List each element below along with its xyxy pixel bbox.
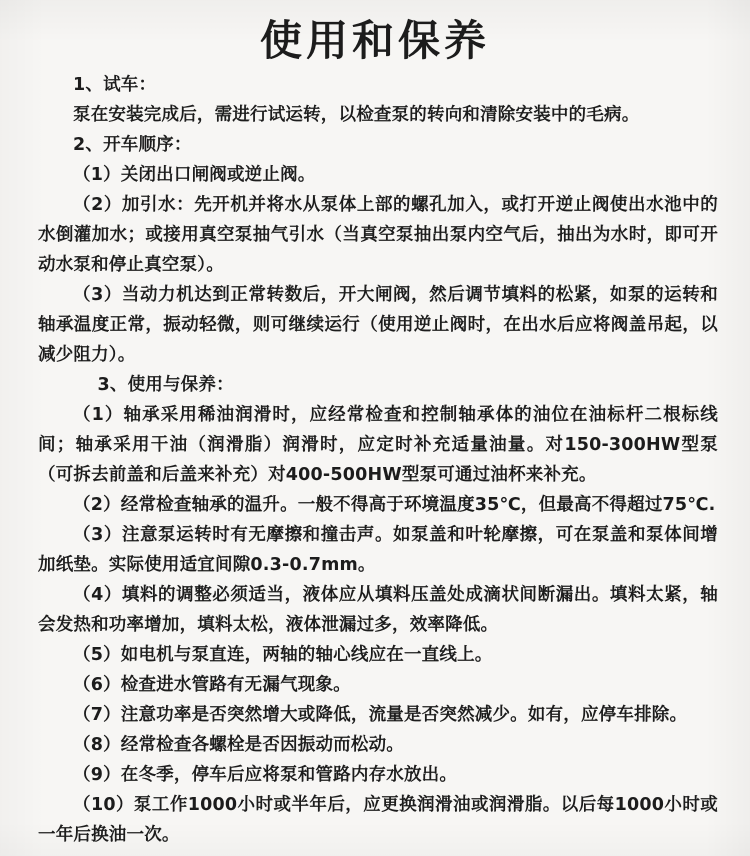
paragraph: 1、试车： bbox=[38, 70, 718, 100]
paragraph: （4）填料的调整必须适当，液体应从填料压盖处成滴状间断漏出。填料太紧，轴会发热和… bbox=[38, 580, 718, 640]
paragraph: 3、使用与保养： bbox=[38, 370, 718, 400]
paragraph: （8）经常检查各螺栓是否因振动而松动。 bbox=[38, 730, 718, 760]
paragraph: 2、开车顺序： bbox=[38, 130, 718, 160]
paragraph: （9）在冬季，停车后应将泵和管路内存水放出。 bbox=[38, 760, 718, 790]
paragraph: （2）加引水：先开机并将水从泵体上部的螺孔加入，或打开逆止阀使出水池中的水倒灌加… bbox=[38, 190, 718, 280]
paragraph: （1）关闭出口闸阀或逆止阀。 bbox=[38, 160, 718, 190]
scanned-document-page: 使用和保养 1、试车：泵在安装完成后，需进行试运转，以检查泵的转向和清除安装中的… bbox=[0, 0, 750, 856]
paragraph: （7）注意功率是否突然增大或降低，流量是否突然减少。如有，应停车排除。 bbox=[38, 700, 718, 730]
paragraph: （2）经常检查轴承的温升。一般不得高于环境温度35℃，但最高不得超过75℃. bbox=[38, 490, 718, 520]
document-body: 1、试车：泵在安装完成后，需进行试运转，以检查泵的转向和清除安装中的毛病。2、开… bbox=[38, 70, 718, 850]
page-title: 使用和保养 bbox=[0, 0, 750, 70]
paragraph: （5）如电机与泵直连，两轴的轴心线应在一直线上。 bbox=[38, 640, 718, 670]
paragraph: （3）注意泵运转时有无摩擦和撞击声。如泵盖和叶轮摩擦，可在泵盖和泵体间增加纸垫。… bbox=[38, 520, 718, 580]
paragraph: （1）轴承采用稀油润滑时，应经常检查和控制轴承体的油位在油标杆二根标线间；轴承采… bbox=[38, 400, 718, 490]
paragraph: （3）当动力机达到正常转数后，开大闸阀，然后调节填料的松紧，如泵的运转和轴承温度… bbox=[38, 280, 718, 370]
paragraph: （6）检查进水管路有无漏气现象。 bbox=[38, 670, 718, 700]
paragraph: （10）泵工作1000小时或半年后，应更换润滑油或润滑脂。以后每1000小时或一… bbox=[38, 790, 718, 850]
paragraph: 泵在安装完成后，需进行试运转，以检查泵的转向和清除安装中的毛病。 bbox=[38, 100, 718, 130]
